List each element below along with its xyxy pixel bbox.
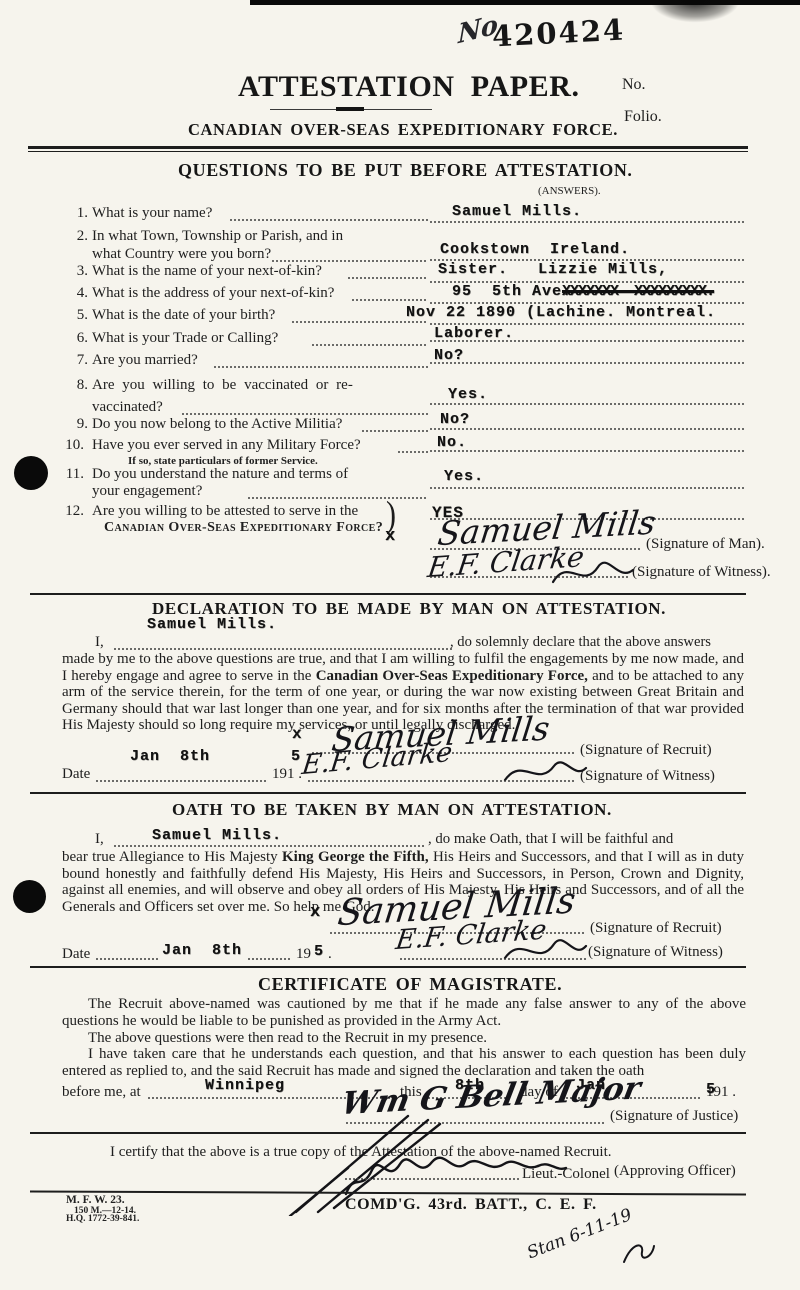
declaration-typed-name: Samuel Mills. — [147, 616, 277, 633]
question-number: 8. — [62, 377, 88, 394]
question-number: 9. — [62, 416, 88, 433]
question-text: Are you willing to be vaccinated or re- — [92, 377, 353, 394]
blank-line — [114, 648, 452, 650]
dotted-leader — [312, 344, 428, 346]
answer-line — [430, 450, 746, 452]
declaration-body-bold: Canadian Over-Seas Expeditionary Force, — [316, 668, 588, 684]
date-label: Date — [62, 766, 90, 783]
oath-opening: I, — [95, 831, 104, 848]
declaration-line1: , do solemnly declare that the above ans… — [450, 634, 711, 651]
hand-note-flourish — [618, 1236, 658, 1270]
oath-typed-name: Samuel Mills. — [152, 827, 282, 844]
question-number: 12. — [58, 503, 84, 520]
punch-hole-top — [14, 456, 48, 490]
question-text: Have you ever served in any Military For… — [92, 437, 361, 454]
answer-name: Samuel Mills. — [452, 203, 582, 220]
folio-label: Folio. — [624, 108, 662, 126]
year-overstrike: 5 — [706, 1081, 716, 1098]
page-subtitle: CANADIAN OVER-SEAS EXPEDITIONARY FORCE. — [188, 120, 618, 140]
question-text: What is your Trade or Calling? — [92, 330, 278, 347]
oath-typed-date: Jan 8th — [162, 942, 242, 959]
blank-line — [114, 845, 424, 847]
question-number: 6. — [62, 330, 88, 347]
declaration-typed-date: Jan 8th — [130, 748, 210, 765]
answer-understand-terms: Yes. — [444, 468, 484, 485]
section-rule — [30, 966, 746, 968]
question-text: Are you willing to be attested to serve … — [92, 503, 358, 520]
question-number: 10. — [58, 437, 84, 454]
question-text: What is the address of your next-of-kin? — [92, 285, 334, 302]
question-text: vaccinated? — [92, 399, 163, 416]
witness-signature-label: (Signature of Witness). — [632, 564, 771, 581]
justice-signature-label: (Signature of Justice) — [610, 1108, 738, 1125]
question-number: 4. — [62, 285, 88, 302]
dotted-leader — [352, 299, 428, 301]
no-label: No. — [622, 76, 646, 94]
certificate-care-paragraph: I have taken care that he understands ea… — [62, 1046, 746, 1079]
answer-line — [430, 428, 746, 430]
answer-next-of-kin: Sister. Lizzie Mills, — [438, 261, 668, 278]
before-me-label: before me, at — [62, 1084, 141, 1101]
date-line — [248, 958, 292, 960]
oath-witness-label: (Signature of Witness) — [588, 944, 723, 961]
answer-line — [430, 487, 746, 489]
answer-kin-address: 95 5th Ave. — [452, 283, 572, 300]
witness-flourish — [500, 752, 590, 792]
attestation-paper-scan: No 420424 ATTESTATION PAPER. No. Folio. … — [0, 0, 800, 1290]
declaration-witness-label: (Signature of Witness) — [580, 768, 715, 785]
form-ref: H.Q. 1772-39-841. — [66, 1214, 139, 1224]
question-text: Canadian Over-Seas Expeditionary Force? — [104, 520, 383, 536]
answer-birth-date: Nov 22 1890 (Lachine. Montreal. — [406, 304, 716, 321]
signature-line — [430, 576, 630, 578]
signature-line — [345, 1178, 519, 1180]
question-text: In what Town, Township or Parish, and in — [92, 228, 343, 245]
question-number: 2. — [62, 228, 88, 245]
answer-birthplace: Cookstown Ireland. — [440, 241, 630, 258]
question-text: what Country were you born? — [92, 246, 271, 263]
dotted-leader — [272, 260, 428, 262]
oath-line1: , do make Oath, that I will be faithful … — [428, 831, 673, 848]
dotted-leader — [348, 277, 428, 279]
declaration-opening: I, — [95, 634, 104, 651]
approving-rank: Lieut.-Colonel — [522, 1166, 610, 1183]
question-text: What is the date of your birth? — [92, 307, 275, 324]
page-title: ATTESTATION PAPER. — [238, 70, 580, 104]
commanding-line: COMD'G. 43rd. BATT., C. E. F. — [345, 1196, 597, 1214]
oath-recruit-label: (Signature of Recruit) — [590, 920, 722, 937]
dotted-leader — [362, 430, 428, 432]
certificate-heading: CERTIFICATE OF MAGISTRATE. — [258, 974, 562, 995]
oath-typed-year-digit: 5 — [314, 943, 324, 960]
answer-line — [430, 403, 746, 405]
question-number: 7. — [62, 352, 88, 369]
approving-officer-label: (Approving Officer) — [614, 1163, 736, 1180]
year-suffix: . — [328, 946, 332, 963]
scan-ink-blob — [636, 0, 754, 46]
x-mark: x — [385, 527, 396, 546]
place-typed: Winnipeg — [205, 1077, 285, 1094]
punch-hole-bottom — [13, 880, 46, 913]
declaration-typed-year-digit: 5 — [291, 748, 301, 765]
question-text: your engagement? — [92, 483, 202, 500]
oath-heading: OATH TO BE TAKEN BY MAN ON ATTESTATION. — [172, 800, 612, 820]
dotted-leader — [214, 366, 428, 368]
dotted-leader — [292, 321, 428, 323]
question-text: Do you now belong to the Active Militia? — [92, 416, 342, 433]
declaration-recruit-label: (Signature of Recruit) — [580, 742, 712, 759]
question-text: What is the name of your next-of-kin? — [92, 263, 322, 280]
witness-flourish — [548, 552, 638, 592]
title-divider-center — [336, 107, 364, 111]
certificate-read-paragraph: The above questions were then read to th… — [62, 1030, 746, 1047]
question-number: 11. — [58, 466, 84, 483]
question-number: 5. — [62, 307, 88, 324]
answer-line — [430, 362, 746, 364]
serial-number-handwritten: 420424 — [491, 13, 626, 54]
year-printed: 191 . — [272, 766, 302, 783]
dotted-leader — [398, 451, 428, 453]
year-printed: 19 — [296, 946, 311, 963]
section-rule — [30, 593, 746, 595]
answer-militia: No? — [440, 411, 470, 428]
oath-body-bold: King George the Fifth, — [282, 849, 429, 865]
question-number: 3. — [62, 263, 88, 280]
x-mark: x — [292, 725, 303, 743]
signature-line — [308, 780, 574, 782]
question-text: What is your name? — [92, 205, 212, 222]
date-label: Date — [62, 946, 90, 963]
dotted-leader — [248, 497, 428, 499]
answer-military-service: No. — [437, 434, 467, 451]
section-rule — [30, 792, 746, 794]
question-number: 1. — [62, 205, 88, 222]
question-text: Do you understand the nature and terms o… — [92, 466, 348, 483]
man-signature-label: (Signature of Man). — [646, 536, 765, 553]
questions-heading: QUESTIONS TO BE PUT BEFORE ATTESTATION. — [178, 160, 633, 181]
answer-vaccinated: Yes. — [448, 386, 488, 403]
signature-line — [400, 958, 586, 960]
declaration-witness-signature: E.F. Clarke — [300, 737, 454, 782]
date-line — [96, 958, 158, 960]
dotted-leader — [182, 413, 428, 415]
certificate-caution-paragraph: The Recruit above-named was cautioned by… — [62, 996, 746, 1029]
header-rule-thin — [28, 151, 748, 152]
question-text: Are you married? — [92, 352, 198, 369]
answer-line — [430, 340, 746, 342]
dotted-leader — [230, 219, 428, 221]
form-ref: M. F. W. 23. — [66, 1194, 125, 1206]
answers-label: (ANSWERS). — [538, 185, 601, 197]
answer-line — [430, 221, 746, 223]
header-rule-thick — [28, 146, 748, 149]
answer-kin-address-struck: XXXXXXX XXXXXXXXX. — [562, 283, 714, 300]
x-mark: x — [310, 903, 321, 922]
oath-body-text: bear true Allegiance to His Majesty — [62, 849, 282, 865]
date-line — [96, 780, 268, 782]
